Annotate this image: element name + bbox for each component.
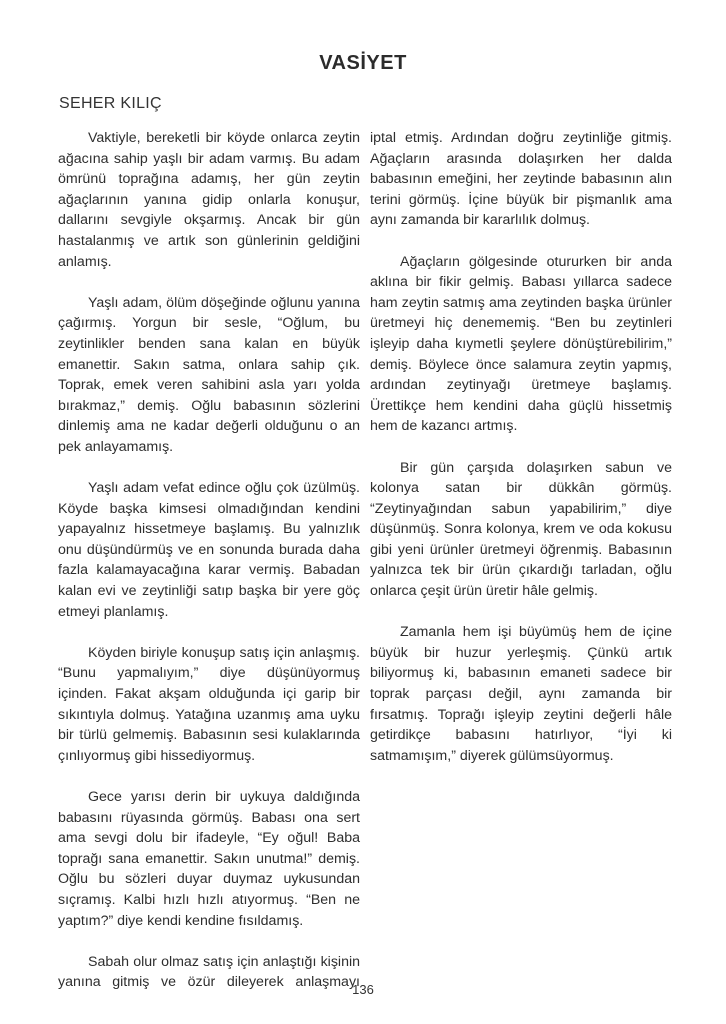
paragraph: Zamanla hem işi büyümüş hem de içine büy… (370, 622, 672, 766)
paragraph: Köyden biriyle konuşup satış için anlaşm… (58, 643, 360, 767)
paragraph: Bir gün çarşıda dolaşırken sabun ve kolo… (370, 458, 672, 602)
paragraph: Gece yarısı derin bir uykuya daldığında … (58, 787, 360, 931)
left-column: Vaktiyle, bereketli bir köyde onlarca ze… (58, 128, 360, 1014)
paragraph: Vaktiyle, bereketli bir köyde onlarca ze… (58, 128, 360, 272)
paragraph: Yaşlı adam vefat edince oğlu çok üzülmüş… (58, 478, 360, 622)
story-title: VASİYET (0, 52, 726, 75)
paragraph-continued: iptal etmiş. Ardından doğru zeytinliğe g… (370, 128, 672, 231)
page-number: 136 (0, 982, 726, 997)
paragraph: Yaşlı adam, ölüm döşeğinde oğlunu yanına… (58, 293, 360, 458)
author-name: SEHER KILIÇ (59, 95, 162, 113)
paragraph: Ağaçların gölgesinde otururken bir anda … (370, 252, 672, 437)
right-column: iptal etmiş. Ardından doğru zeytinliğe g… (370, 128, 672, 787)
